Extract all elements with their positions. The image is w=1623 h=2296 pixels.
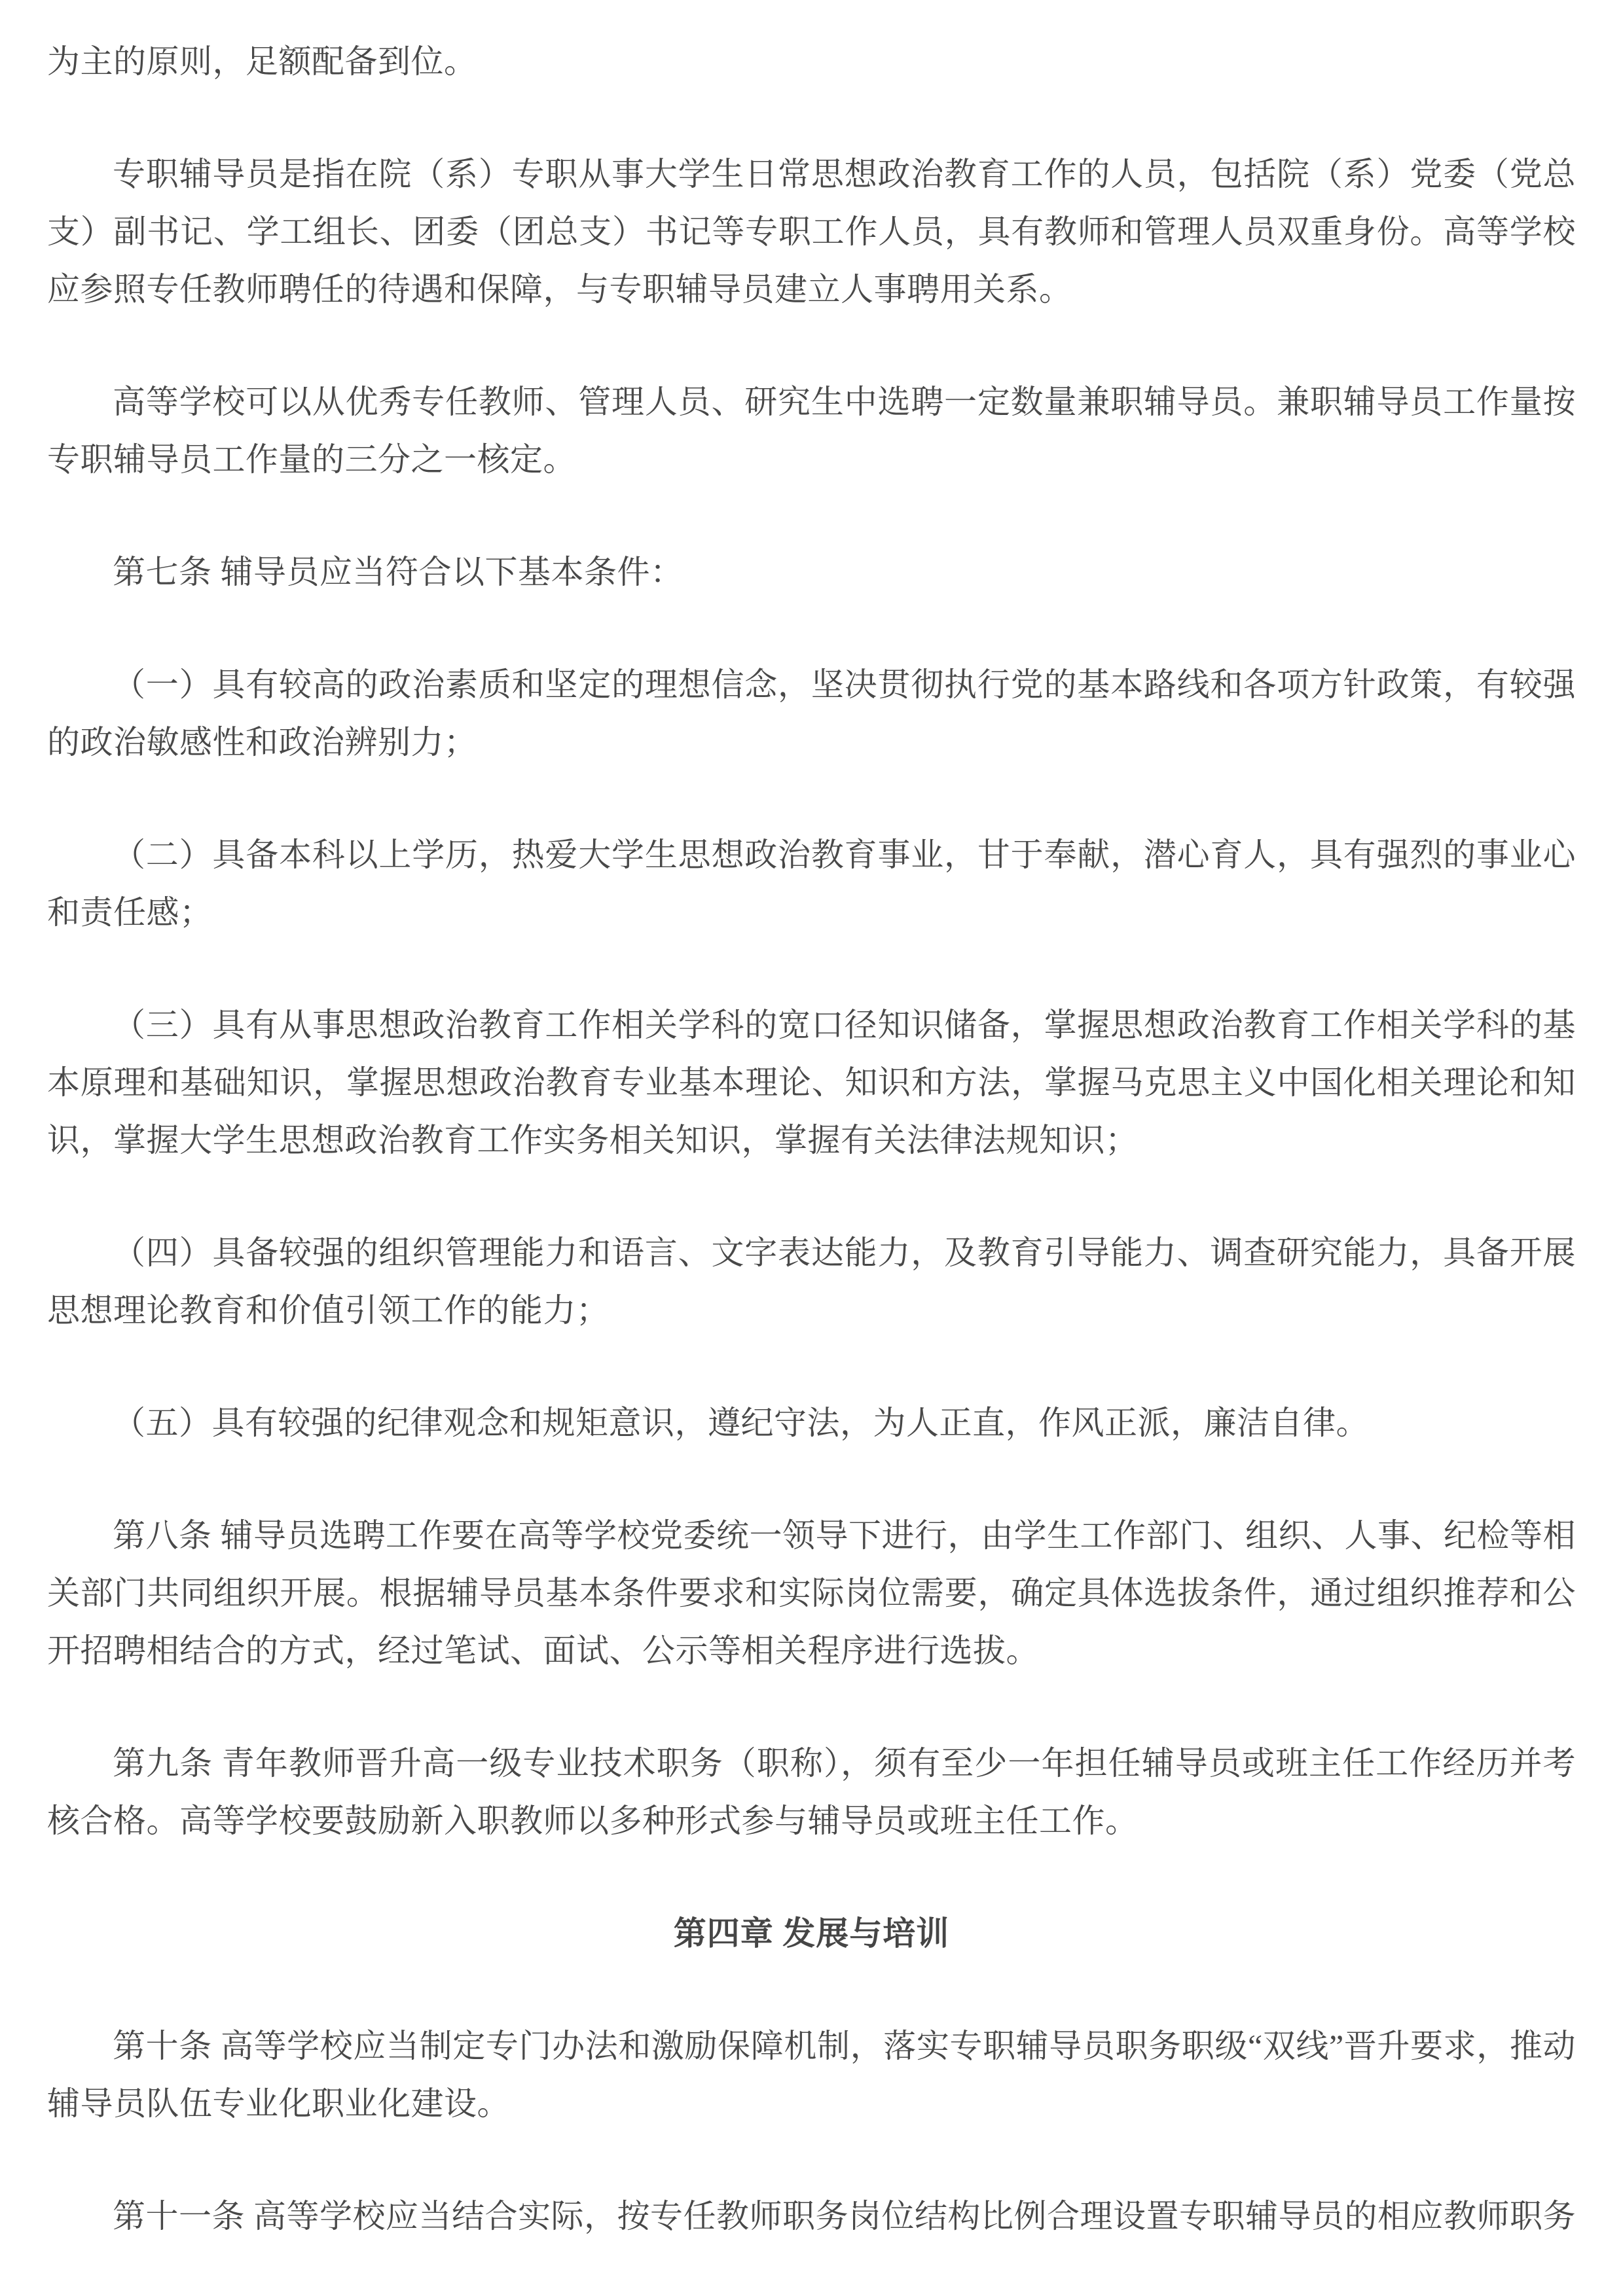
article-10-paragraph: 第十条 高等学校应当制定专门办法和激励保障机制，落实专职辅导员职务职级“双线”晋… — [47, 2017, 1576, 2132]
article-7-item-4: （四）具备较强的组织管理能力和语言、文字表达能力，及教育引导能力、调查研究能力，… — [47, 1224, 1576, 1339]
article-7-item-3: （三）具有从事思想政治教育工作相关学科的宽口径知识储备，掌握思想政治教育工作相关… — [47, 996, 1576, 1169]
paragraph-full-time-counselor-definition: 专职辅导员是指在院（系）专职从事大学生日常思想政治教育工作的人员，包括院（系）党… — [47, 145, 1576, 318]
article-7-item-2: （二）具备本科以上学历，热爱大学生思想政治教育事业，甘于奉献，潜心育人，具有强烈… — [47, 826, 1576, 941]
paragraph-part-time-counselor: 高等学校可以从优秀专任教师、管理人员、研究生中选聘一定数量兼职辅导员。兼职辅导员… — [47, 373, 1576, 488]
article-11-paragraph: 第十一条 高等学校应当结合实际，按专任教师职务岗位结构比例合理设置专职辅导员的相… — [47, 2187, 1576, 2245]
document-page: 为主的原则，足额配备到位。 专职辅导员是指在院（系）专职从事大学生日常思想政治教… — [0, 0, 1623, 2296]
chapter-4-heading: 第四章 发展与培训 — [47, 1905, 1576, 1962]
article-9-paragraph: 第九条 青年教师晋升高一级专业技术职务（职称），须有至少一年担任辅导员或班主任工… — [47, 1734, 1576, 1850]
paragraph-continuation: 为主的原则，足额配备到位。 — [47, 33, 1576, 90]
article-7-item-1: （一）具有较高的政治素质和坚定的理想信念，坚决贯彻执行党的基本路线和各项方针政策… — [47, 656, 1576, 771]
article-7-intro: 第七条 辅导员应当符合以下基本条件： — [47, 543, 1576, 601]
article-7-item-5: （五）具有较强的纪律观念和规矩意识，遵纪守法，为人正直，作风正派，廉洁自律。 — [47, 1394, 1576, 1452]
article-8-paragraph: 第八条 辅导员选聘工作要在高等学校党委统一领导下进行，由学生工作部门、组织、人事… — [47, 1507, 1576, 1679]
